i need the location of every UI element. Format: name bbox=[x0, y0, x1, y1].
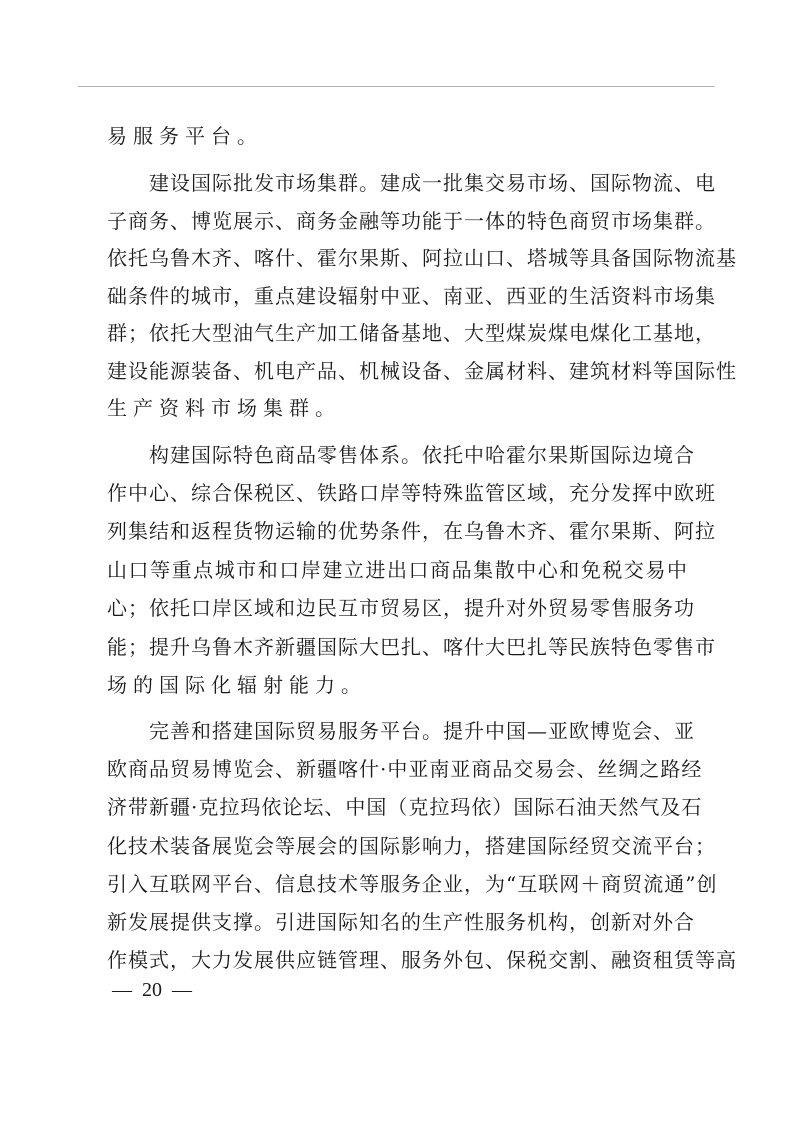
paragraph-heading-line: 完善和搭建国际贸易服务平台。提升中国—亚欧博览会、亚 bbox=[149, 716, 688, 746]
paragraph-line: 山口等重点城市和口岸建立进出口商品集散中心和免税交易中 bbox=[107, 555, 688, 585]
paragraph-line: 作中心、综合保税区、铁路口岸等特殊监管区域，充分发挥中欧班 bbox=[107, 478, 688, 508]
paragraph-heading-line: 建设国际批发市场集群。建成一批集交易市场、国际物流、电 bbox=[149, 168, 688, 198]
paragraph-line: 济带新疆·克拉玛依论坛、中国（克拉玛依）国际石油天然气及石 bbox=[107, 792, 688, 822]
paragraph-line: 化技术装备展览会等展会的国际影响力，搭建国际经贸交流平台； bbox=[107, 831, 688, 861]
page-number: — 20 — bbox=[112, 976, 192, 1004]
paragraph-line: 子商务、博览展示、商务金融等功能于一体的特色商贸市场集群。 bbox=[107, 206, 688, 236]
paragraph-line: 群；依托大型油气生产加工储备基地、大型煤炭煤电煤化工基地， bbox=[107, 318, 688, 348]
paragraph-line: 易服务平台。 bbox=[107, 121, 688, 151]
paragraph-heading-line: 构建国际特色商品零售体系。依托中哈霍尔果斯国际边境合 bbox=[149, 440, 688, 470]
paragraph-line: 能；提升乌鲁木齐新疆国际大巴扎、喀什大巴扎等民族特色零售市 bbox=[107, 632, 688, 662]
paragraph-line: 心；依托口岸区域和边民互市贸易区，提升对外贸易零售服务功 bbox=[107, 593, 688, 623]
header-rule bbox=[78, 86, 715, 87]
paragraph-line: 场的国际化辐射能力。 bbox=[107, 670, 688, 700]
paragraph-line: 生产资料市场集群。 bbox=[107, 393, 688, 423]
paragraph-line: 列集结和返程货物运输的优势条件，在乌鲁木齐、霍尔果斯、阿拉 bbox=[107, 516, 688, 546]
paragraph-line: 引入互联网平台、信息技术等服务企业，为“互联网＋商贸流通”创 bbox=[107, 869, 688, 899]
paragraph-line: 欧商品贸易博览会、新疆喀什·中亚南亚商品交易会、丝绸之路经 bbox=[107, 754, 688, 784]
paragraph-line: 依托乌鲁木齐、喀什、霍尔果斯、阿拉山口、塔城等具备国际物流基 bbox=[107, 243, 688, 273]
paragraph-line: 建设能源装备、机电产品、机械设备、金属材料、建筑材料等国际性 bbox=[107, 356, 688, 386]
paragraph-line: 作模式，大力发展供应链管理、服务外包、保税交割、融资租赁等高 bbox=[107, 945, 688, 975]
paragraph-line: 础条件的城市，重点建设辐射中亚、南亚、西亚的生活资料市场集 bbox=[107, 281, 688, 311]
paragraph-line: 新发展提供支撑。引进国际知名的生产性服务机构，创新对外合 bbox=[107, 907, 688, 937]
